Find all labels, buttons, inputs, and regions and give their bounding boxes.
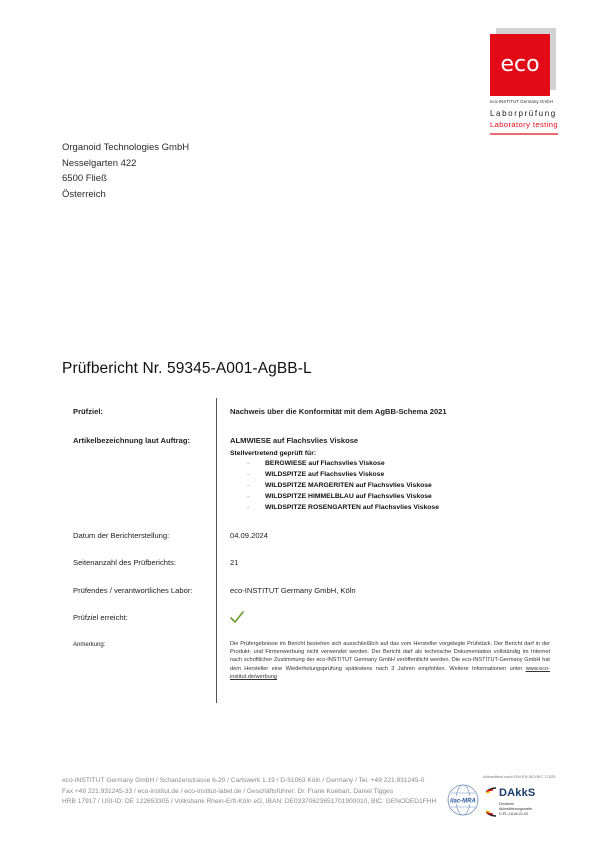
bullet: - <box>247 458 249 469</box>
list-item: - BERGWIESE auf Flachsvlies Viskose <box>230 458 316 469</box>
anmerkung-label: Anmerkung: <box>73 642 105 648</box>
anmerkung-text: Die Prüfergebnisse im Bericht beziehen s… <box>230 640 550 681</box>
representative-list: Stellvertretend geprüft für: - BERGWIESE… <box>230 450 316 513</box>
logo-underline <box>490 133 558 135</box>
labor-label: Prüfendes / verantwortliches Labor: <box>73 586 192 595</box>
bullet: - <box>247 469 249 480</box>
erreicht-label: Prüfziel erreicht: <box>73 613 128 622</box>
logo-brand: eco <box>500 52 539 77</box>
bullet: - <box>247 480 249 491</box>
list-item: - WILDSPITZE ROSENGARTEN auf Flachsvlies… <box>230 502 316 513</box>
pruefziel-label: Prüfziel: <box>73 407 103 416</box>
seiten-label: Seitenanzahl des Prüfberichts: <box>73 558 176 567</box>
bullet: - <box>247 502 249 513</box>
check-icon <box>230 611 244 623</box>
labor-value: eco-INSTITUT Germany GmbH, Köln <box>230 586 356 595</box>
logo-label-en: Laboratory testing <box>490 120 558 129</box>
datum-label: Datum der Berichterstellung: <box>73 531 169 540</box>
address-line: Nesselgarten 422 <box>62 156 189 172</box>
address-line: Organoid Technologies GmbH <box>62 140 189 156</box>
logo-label-de: Laborprüfung <box>490 109 557 118</box>
dakks-subtitle: Deutsche Akkreditierungsstelle D-PL-1114… <box>499 802 532 817</box>
logo-box: eco <box>490 34 550 96</box>
artikel-label: Artikelbezeichnung laut Auftrag: <box>73 436 190 445</box>
dakks-name: DAkkS <box>499 787 535 799</box>
table-divider <box>216 398 217 703</box>
footer-company-info: eco-INSTITUT Germany GmbH / Schanzenstra… <box>62 776 436 808</box>
logo-company: eco-INSTITUT Germany GmbH <box>490 99 553 104</box>
list-item: - WILDSPITZE MARGERITEN auf Flachsvlies … <box>230 480 316 491</box>
artikel-value: ALMWIESE auf Flachsvlies Viskose <box>230 436 358 445</box>
svg-text:ilac-MRA: ilac-MRA <box>450 799 476 805</box>
recipient-address: Organoid Technologies GmbH Nesselgarten … <box>62 140 189 202</box>
list-item: - WILDSPITZE HIMMELBLAU auf Flachsvlies … <box>230 491 316 502</box>
footer-line: HRB 17917 / USt-ID: DE 122653305 / Volks… <box>62 797 436 808</box>
ilac-mra-logo-icon: ilac-MRA <box>447 784 479 816</box>
footer-line: Fax +49 221.931245-33 / eco-institut.de … <box>62 787 436 798</box>
datum-value: 04.09.2024 <box>230 531 268 540</box>
footer-line: eco-INSTITUT Germany GmbH / Schanzenstra… <box>62 776 436 787</box>
seiten-value: 21 <box>230 558 238 567</box>
representative-heading: Stellvertretend geprüft für: <box>230 450 316 457</box>
address-line: 6500 Fließ <box>62 171 189 187</box>
address-line: Österreich <box>62 187 189 203</box>
pruefziel-value: Nachweis über die Konformität mit dem Ag… <box>230 407 447 416</box>
list-item: - WILDSPITZE auf Flachsvlies Viskose <box>230 469 316 480</box>
report-title: Prüfbericht Nr. 59345-A001-AgBB-L <box>62 360 312 378</box>
bullet: - <box>247 491 249 502</box>
accreditation-text: Akkreditiert nach DIN EN ISO/IEC 17025 <box>483 774 555 779</box>
